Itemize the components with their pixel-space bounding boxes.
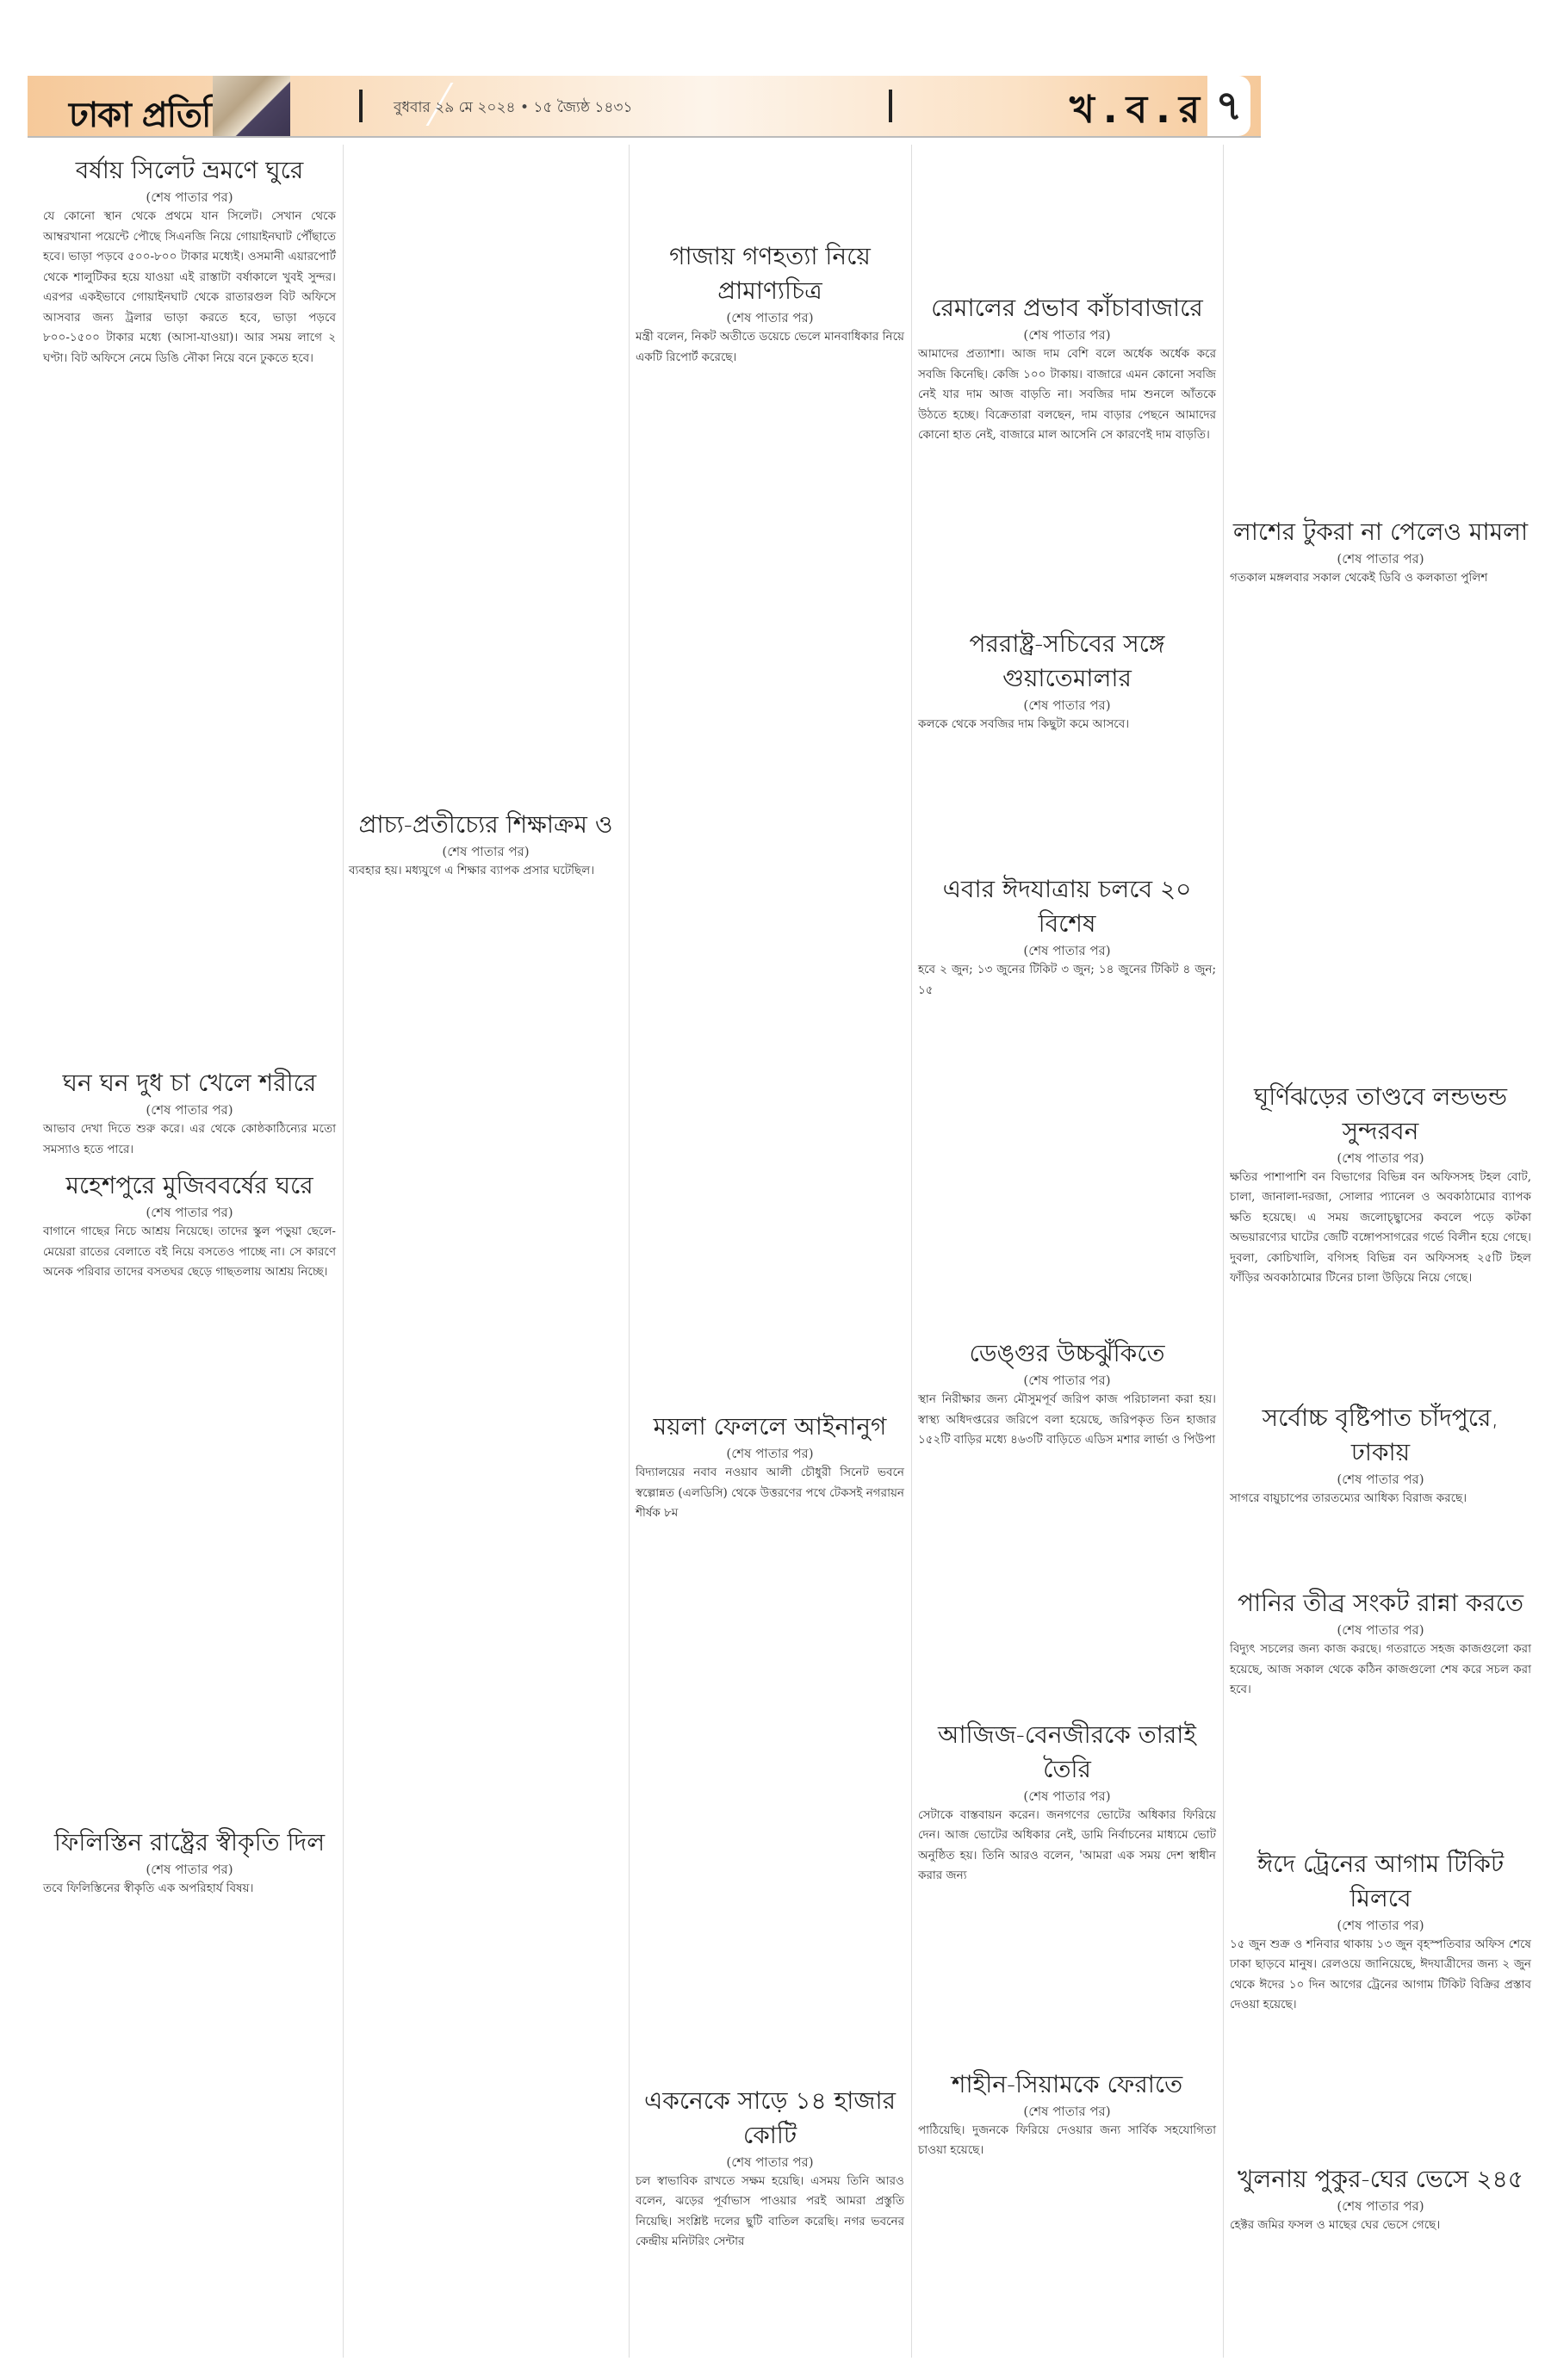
column-3: গাজায় গণহত্যা নিয়ে প্রামাণ্যচিত্র (শেষ… (636, 145, 904, 2253)
column-divider (1223, 145, 1224, 2358)
headline: লাশের টুকরা না পেলেও মামলা (1230, 515, 1531, 549)
headline: গাজায় গণহত্যা নিয়ে প্রামাণ্যচিত্র (636, 239, 904, 308)
article-body-continued (918, 1451, 1216, 1709)
article-body-continued (43, 1283, 336, 1817)
column-divider (343, 145, 344, 2358)
continued-label: (শেষ পাতার পর) (43, 188, 336, 207)
article-body: গতকাল মঙ্গলবার সকাল থেকেই ডিবি ও কলকাতা … (1230, 568, 1531, 589)
column-1: বর্ষায় সিলেট ভ্রমণে ঘুরে (শেষ পাতার পর)… (43, 145, 336, 1899)
continued-label: (শেষ পাতার পর) (1230, 549, 1531, 568)
continued-label: (শেষ পাতার পর) (1230, 1916, 1531, 1935)
headline: এবার ঈদযাত্রায় চলবে ২০ বিশেষ (918, 872, 1216, 941)
article: একনেকে সাড়ে ১৪ হাজার কোটি (শেষ পাতার পর… (636, 2084, 904, 2253)
continued-label: (শেষ পাতার পর) (43, 1100, 336, 1119)
continued-label: (শেষ পাতার পর) (636, 2153, 904, 2172)
continued-label: (শেষ পাতার পর) (636, 308, 904, 327)
article: এবার ঈদযাত্রায় চলবে ২০ বিশেষ (শেষ পাতার… (918, 872, 1216, 1328)
article-body: পাঠিয়েছি। দুজনকে ফিরিয়ে দেওয়ার জন্য স… (918, 2121, 1216, 2161)
headline: খুলনায় পুকুর-ঘের ভেসে ২৪৫ (1230, 2162, 1531, 2197)
article-body: হেক্টর জমির ফসল ও মাছের ঘের ভেসে গেছে। (1230, 2216, 1531, 2236)
article-body: সাগরে বায়ুচাপের তারতম্যের আধিক্য বিরাজ … (1230, 1489, 1531, 1509)
article-body: চল স্বাভাবিক রাখতে সক্ষম হয়েছি। এসময় ত… (636, 2172, 904, 2253)
article-body: ১৫ জুন শুক্র ও শনিবার থাকায় ১৩ জুন বৃহস… (1230, 1935, 1531, 2016)
article: গাজায় গণহত্যা নিয়ে প্রামাণ্যচিত্র (শেষ… (636, 239, 904, 1401)
continued-label: (শেষ পাতার পর) (1230, 1149, 1531, 1168)
article-body: যে কোনো স্থান থেকে প্রথমে যান সিলেট। সেখ… (43, 207, 336, 369)
headline: ফিলিস্তিন রাষ্ট্রের স্বীকৃতি দিল (43, 1825, 336, 1860)
article-body: ব্যবহার হয়। মধ্যযুগে এ শিক্ষার ব্যাপক প… (349, 861, 623, 882)
headline: আজিজ-বেনজীরকে তারাই তৈরি (918, 1718, 1216, 1787)
divider (359, 90, 363, 122)
continued-label: (শেষ পাতার পর) (1230, 1621, 1531, 1639)
continued-label: (শেষ পাতার পর) (918, 696, 1216, 715)
headline: পানির তীব্র সংকট রান্না করতে (1230, 1586, 1531, 1621)
article-body-continued (636, 368, 904, 1401)
continued-label: (শেষ পাতার পর) (1230, 2197, 1531, 2216)
continued-label: (শেষ পাতার পর) (43, 1203, 336, 1222)
headline: ডেঙ্গুর উচ্চঝুঁকিতে (918, 1336, 1216, 1371)
article: ফিলিস্তিন রাষ্ট্রের স্বীকৃতি দিল (শেষ পা… (43, 1825, 336, 1900)
article-body: বাগানে গাছের নিচে আশ্রয় নিয়েছে। তাদের … (43, 1222, 336, 1283)
article-body-continued (1230, 145, 1531, 506)
continued-label: (শেষ পাতার পর) (918, 1787, 1216, 1806)
article: আজিজ-বেনজীরকে তারাই তৈরি (শেষ পাতার পর) … (918, 1718, 1216, 2059)
article-body-continued (918, 145, 1216, 282)
article-body: সেটাকে বাস্তবায়ন করেন। জনগণের ভোটের অধি… (918, 1806, 1216, 1887)
headline: মহেশপুরে মুজিববর্ষের ঘরে (43, 1168, 336, 1203)
article-body: তবে ফিলিস্তিনের স্বীকৃতি এক অপরিহার্য বি… (43, 1879, 336, 1900)
article: ঈদে ট্রেনের আগাম টিকিট মিলবে (শেষ পাতার … (1230, 1847, 1531, 2154)
continued-label: (শেষ পাতার পর) (918, 2102, 1216, 2121)
article-body-continued (1230, 1701, 1531, 1838)
headline: পররাষ্ট্র-সচিবের সঙ্গে গুয়াতেমালার (918, 627, 1216, 696)
article: লাশের টুকরা না পেলেও মামলা (শেষ পাতার পর… (1230, 515, 1531, 1071)
article-body-continued (636, 1524, 904, 2075)
article-body-continued (918, 1887, 1216, 2059)
column-2: প্রাচ্য-প্রতীচ্যের শিক্ষাক্রম ও (শেষ পাত… (349, 145, 623, 882)
article-body: ক্ষতির পাশাপাশি বন বিভাগের বিভিন্ন বন অফ… (1230, 1168, 1531, 1289)
article-body-continued (918, 1001, 1216, 1328)
article: ঘন ঘন দুধ চা খেলে শরীরে (শেষ পাতার পর) আ… (43, 1066, 336, 1160)
article: শাহীন-সিয়ামকে ফেরাতে (শেষ পাতার পর) পাঠ… (918, 2067, 1216, 2161)
headline: বর্ষায় সিলেট ভ্রমণে ঘুরে (43, 153, 336, 188)
article-body: হবে ২ জুন; ১৩ জুনের টিকিট ৩ জুন; ১৪ জুনে… (918, 960, 1216, 1001)
article: মহেশপুরে মুজিববর্ষের ঘরে (শেষ পাতার পর) … (43, 1168, 336, 1817)
continued-label: (শেষ পাতার পর) (918, 941, 1216, 960)
article: রেমালের প্রভাব কাঁচাবাজারে (শেষ পাতার পর… (918, 291, 1216, 618)
continued-label: (শেষ পাতার পর) (918, 325, 1216, 344)
article-body: স্থান নিরীক্ষার জন্য মৌসুমপূর্ব জরিপ কাজ… (918, 1390, 1216, 1451)
article: পররাষ্ট্র-সচিবের সঙ্গে গুয়াতেমালার (শেষ… (918, 627, 1216, 865)
article-body: মন্ত্রী বলেন, নিকট অতীতে ডয়েচে ভেলে মান… (636, 327, 904, 368)
article-body-continued (1230, 589, 1531, 1071)
issue-date: বুধবার ২৯ মে ২০২৪ • ১৫ জ্যৈষ্ঠ ১৪৩১ (394, 96, 633, 121)
divider (889, 90, 892, 122)
article: খুলনায় পুকুর-ঘের ভেসে ২৪৫ (শেষ পাতার পর… (1230, 2162, 1531, 2236)
section-title: খ.ব.র (1070, 81, 1208, 144)
continued-label: (শেষ পাতার পর) (1230, 1470, 1531, 1489)
column-4: রেমালের প্রভাব কাঁচাবাজারে (শেষ পাতার পর… (918, 145, 1216, 2161)
article-body: আভাব দেখা দিতে শুরু করে। এর থেকে কোষ্ঠকা… (43, 1119, 336, 1160)
continued-label: (শেষ পাতার পর) (636, 1444, 904, 1463)
article-body: কলকে থেকে সবজির দাম কিছুটা কমে আসবে। (918, 715, 1216, 735)
article-body: আমাদের প্রত্যাশা। আজ দাম বেশি বলে অর্ধেক… (918, 344, 1216, 446)
headline: একনেকে সাড়ে ১৪ হাজার কোটি (636, 2084, 904, 2153)
article: ডেঙ্গুর উচ্চঝুঁকিতে (শেষ পাতার পর) স্থান… (918, 1336, 1216, 1709)
headline: ঘন ঘন দুধ চা খেলে শরীরে (43, 1066, 336, 1100)
article-body-continued (43, 369, 336, 1057)
column-divider (629, 145, 630, 2358)
column-5: লাশের টুকরা না পেলেও মামলা (শেষ পাতার পর… (1230, 145, 1531, 2235)
column-divider (911, 145, 912, 2358)
article: প্রাচ্য-প্রতীচ্যের শিক্ষাক্রম ও (শেষ পাত… (349, 808, 623, 882)
page-number: ৭ (1207, 76, 1250, 136)
continued-label: (শেষ পাতার পর) (918, 1371, 1216, 1390)
headline: ময়লা ফেললে আইনানুগ (636, 1410, 904, 1444)
headline: শাহীন-সিয়ামকে ফেরাতে (918, 2067, 1216, 2102)
article-body: বিদ্যালয়ের নবাব নওয়াব আলী চৌধুরী সিনেট… (636, 1463, 904, 1524)
article: ময়লা ফেললে আইনানুগ (শেষ পাতার পর) বিদ্য… (636, 1410, 904, 2075)
continued-label: (শেষ পাতার পর) (43, 1860, 336, 1879)
article-body-continued (918, 446, 1216, 618)
continued-label: (শেষ পাতার পর) (349, 842, 623, 861)
headline: প্রাচ্য-প্রতীচ্যের শিক্ষাক্রম ও (349, 808, 623, 842)
article: সর্বোচ্চ বৃষ্টিপাত চাঁদপুরে, ঢাকায় (শেষ… (1230, 1401, 1531, 1578)
article-body-continued (918, 734, 1216, 864)
article: পানির তীব্র সংকট রান্না করতে (শেষ পাতার … (1230, 1586, 1531, 1838)
article-body: বিদ্যুৎ সচলের জন্য কাজ করছে। গতরাতে সহজ … (1230, 1639, 1531, 1701)
article: বর্ষায় সিলেট ভ্রমণে ঘুরে (শেষ পাতার পর)… (43, 153, 336, 1057)
headline: ঈদে ট্রেনের আগাম টিকিট মিলবে (1230, 1847, 1531, 1916)
article: ঘূর্ণিঝড়ের তাণ্ডবে লন্ডভন্ড সুন্দরবন (শ… (1230, 1080, 1531, 1392)
article-body-continued (1230, 1289, 1531, 1392)
article-body-continued (349, 145, 623, 799)
headline: ঘূর্ণিঝড়ের তাণ্ডবে লন্ডভন্ড সুন্দরবন (1230, 1080, 1531, 1149)
masthead: ঢাকা প্রতিদিন বুধবার ২৯ মে ২০২৪ • ১৫ জ্য… (28, 76, 1261, 138)
masthead-newspaper-image (213, 76, 290, 136)
article-body-continued (636, 145, 904, 231)
article-body-continued (1230, 1509, 1531, 1577)
article-body-continued (1230, 2016, 1531, 2154)
headline: সর্বোচ্চ বৃষ্টিপাত চাঁদপুরে, ঢাকায় (1230, 1401, 1531, 1470)
headline: রেমালের প্রভাব কাঁচাবাজারে (918, 291, 1216, 325)
